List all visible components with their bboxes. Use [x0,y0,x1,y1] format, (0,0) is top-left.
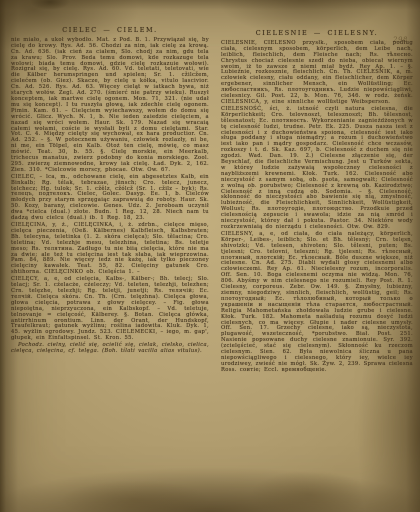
entry-paragraph-ciele-cont: nie miało, a ukoł wybodło. Mat. z Pod. B… [11,38,209,174]
scanned-dictionary-page: 298 CIELEC — CIELEM. nie miało, a ukoł w… [0,0,420,512]
left-column: CIELEC — CIELEM. nie miało, a ukoł wybod… [11,28,209,356]
paper-stain [60,480,210,512]
entry-paragraph-cielecina: CIELĘCINA, y, ż., CIELĘCINKA, i, ż. zdrb… [11,223,209,276]
left-column-header: CIELEC — CIELEM. [11,28,209,34]
right-column: CIELESNIE — CIELESNY. CIELESNIE, CIELESN… [221,31,413,375]
entry-paragraph-cielesnosc: CIELESNOŚĆ, ści, ż. istność czyli natura… [221,107,413,231]
right-column-header: CIELESNIE — CIELESNY. [221,31,413,37]
entry-paragraph-pochodz: Pochodz. cielny, cielić się, ocielić się… [11,343,209,355]
entry-paragraph-cielecy: CIELĘCY, a, e, od cielęcia, Kalbs-, Kälb… [11,277,209,342]
paper-stain [30,0,70,10]
entry-paragraph-cielesny: CIELESNY, a, e, od ciała, do ciała należ… [221,232,413,374]
entry-paragraph-cielesnie: CIELESNIE, CIELESNO przysłk., sposobem c… [221,41,413,106]
paper-stain [250,470,370,512]
entry-paragraph-cielec: CIELEC, – lca, m., odchowane cielę, ein … [11,175,209,222]
